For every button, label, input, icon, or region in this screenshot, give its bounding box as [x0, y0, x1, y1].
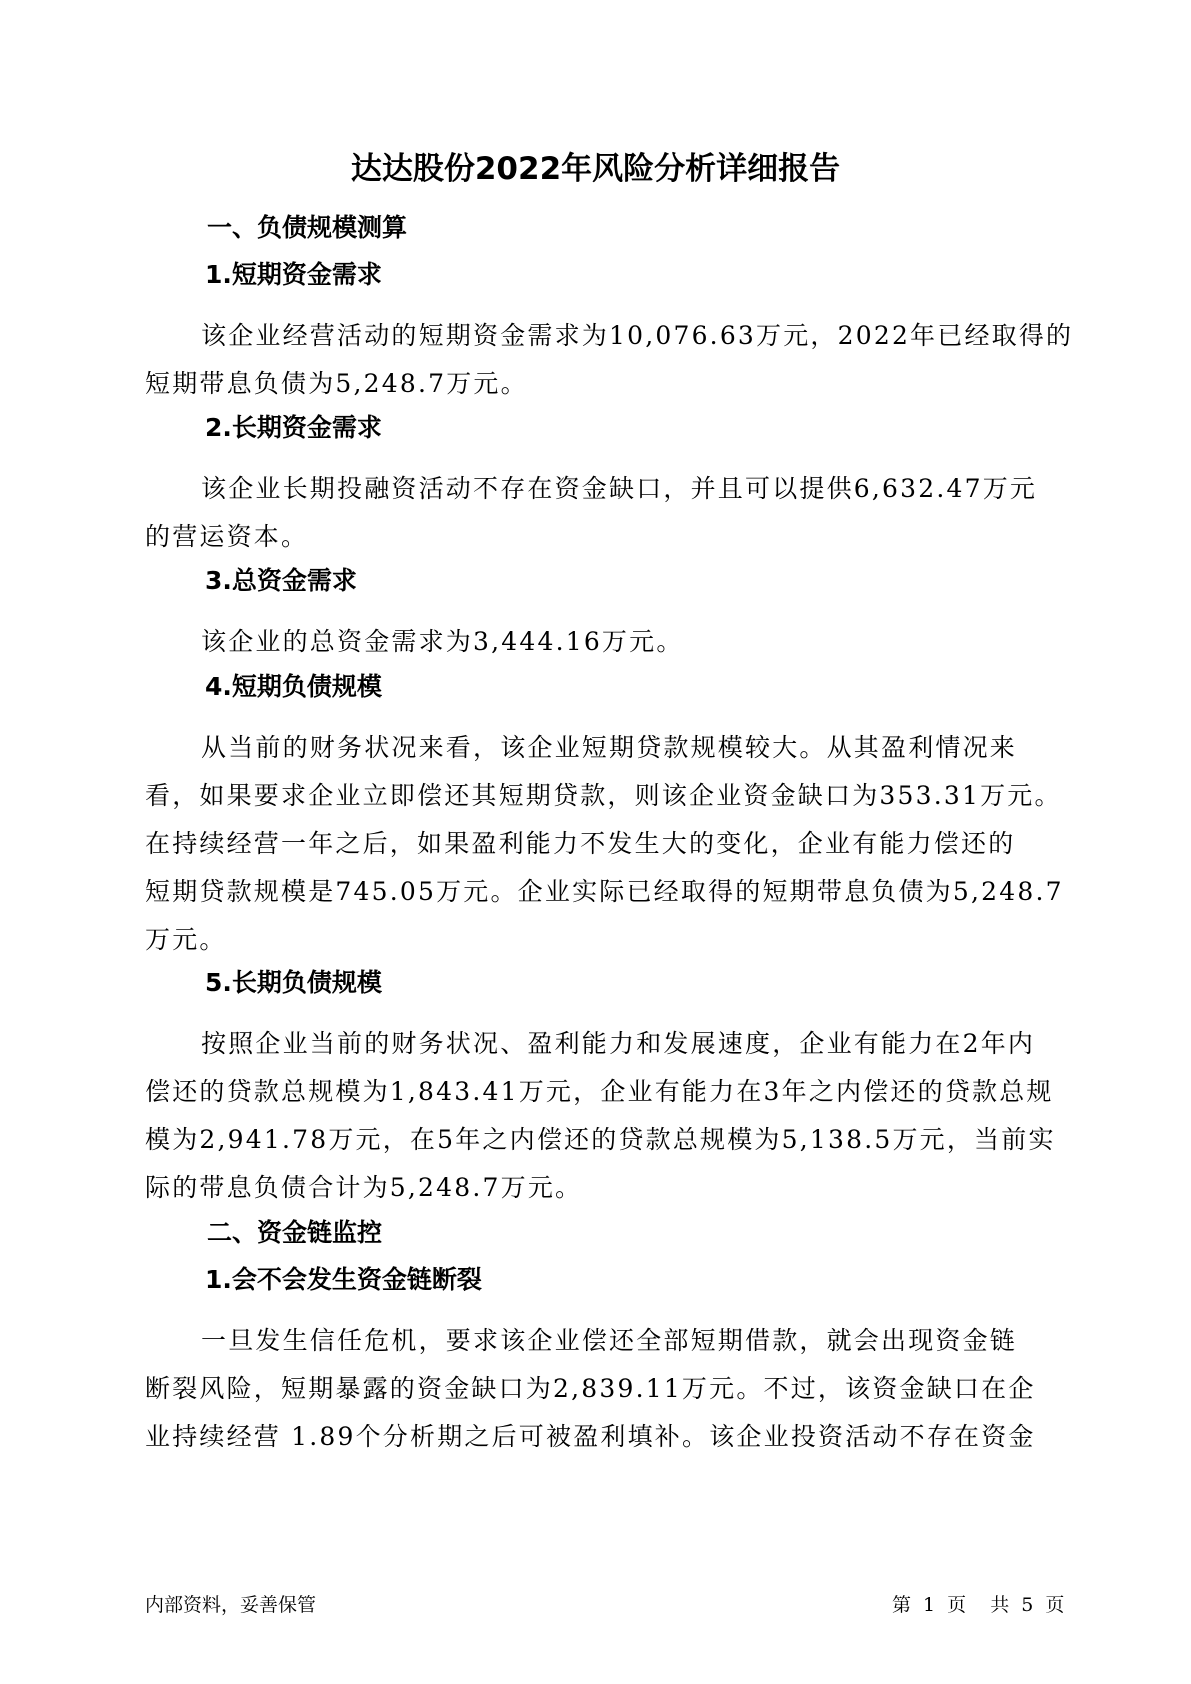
text-line: 模为2,941.78万元，在5年之内偿还的贷款总规模为5,138.5万元，当前实	[145, 1116, 1050, 1164]
text-line: 一旦发生信任危机，要求该企业偿还全部短期借款，就会出现资金链	[145, 1317, 1050, 1365]
footer-page-number: 第 1 页 共 5 页	[892, 1590, 1064, 1617]
subheading-chain-break: 1.会不会发生资金链断裂	[205, 1265, 482, 1295]
paragraph-short-term-debt: 从当前的财务状况来看，该企业短期贷款规模较大。从其盈利情况来 看，如果要求企业立…	[145, 724, 1050, 964]
text-line: 业持续经营 1.89个分析期之后可被盈利填补。该企业投资活动不存在资金	[145, 1413, 1050, 1461]
paragraph-chain-break: 一旦发生信任危机，要求该企业偿还全部短期借款，就会出现资金链 断裂风险，短期暴露…	[145, 1317, 1050, 1461]
subheading-short-term-funding: 1.短期资金需求	[205, 260, 382, 290]
text-line: 短期带息负债为5,248.7万元。	[145, 360, 1050, 408]
text-line: 看，如果要求企业立即偿还其短期贷款，则该企业资金缺口为353.31万元。	[145, 772, 1050, 820]
text-line: 偿还的贷款总规模为1,843.41万元，企业有能力在3年之内偿还的贷款总规	[145, 1068, 1050, 1116]
text-line: 该企业的总资金需求为3,444.16万元。	[145, 618, 1050, 666]
text-line: 际的带息负债合计为5,248.7万元。	[145, 1164, 1050, 1212]
text-line: 短期贷款规模是745.05万元。企业实际已经取得的短期带息负债为5,248.7	[145, 868, 1050, 916]
footer-confidential-note: 内部资料，妥善保管	[145, 1590, 316, 1617]
text-line: 在持续经营一年之后，如果盈利能力不发生大的变化，企业有能力偿还的	[145, 820, 1050, 868]
section-heading-funding-chain: 二、资金链监控	[207, 1218, 382, 1248]
document-title: 达达股份2022年风险分析详细报告	[0, 143, 1191, 188]
text-line: 该企业经营活动的短期资金需求为10,076.63万元，2022年已经取得的	[145, 312, 1050, 360]
subheading-long-term-debt: 5.长期负债规模	[205, 968, 382, 998]
subheading-short-term-debt: 4.短期负债规模	[205, 672, 382, 702]
document-page: 达达股份2022年风险分析详细报告 一、负债规模测算 1.短期资金需求 该企业经…	[0, 0, 1191, 1684]
paragraph-total-funding: 该企业的总资金需求为3,444.16万元。	[145, 618, 1050, 666]
subheading-total-funding: 3.总资金需求	[205, 566, 357, 596]
text-line: 从当前的财务状况来看，该企业短期贷款规模较大。从其盈利情况来	[145, 724, 1050, 772]
paragraph-long-term-debt: 按照企业当前的财务状况、盈利能力和发展速度，企业有能力在2年内 偿还的贷款总规模…	[145, 1020, 1050, 1212]
text-line: 断裂风险，短期暴露的资金缺口为2,839.11万元。不过，该资金缺口在企	[145, 1365, 1050, 1413]
text-line: 的营运资本。	[145, 513, 1050, 561]
text-line: 按照企业当前的财务状况、盈利能力和发展速度，企业有能力在2年内	[145, 1020, 1050, 1068]
paragraph-long-term-funding: 该企业长期投融资活动不存在资金缺口，并且可以提供6,632.47万元 的营运资本…	[145, 465, 1050, 561]
paragraph-short-term-funding: 该企业经营活动的短期资金需求为10,076.63万元，2022年已经取得的 短期…	[145, 312, 1050, 408]
section-heading-debt-scale: 一、负债规模测算	[207, 213, 407, 243]
text-line: 万元。	[145, 916, 1050, 964]
subheading-long-term-funding: 2.长期资金需求	[205, 413, 382, 443]
text-line: 该企业长期投融资活动不存在资金缺口，并且可以提供6,632.47万元	[145, 465, 1050, 513]
